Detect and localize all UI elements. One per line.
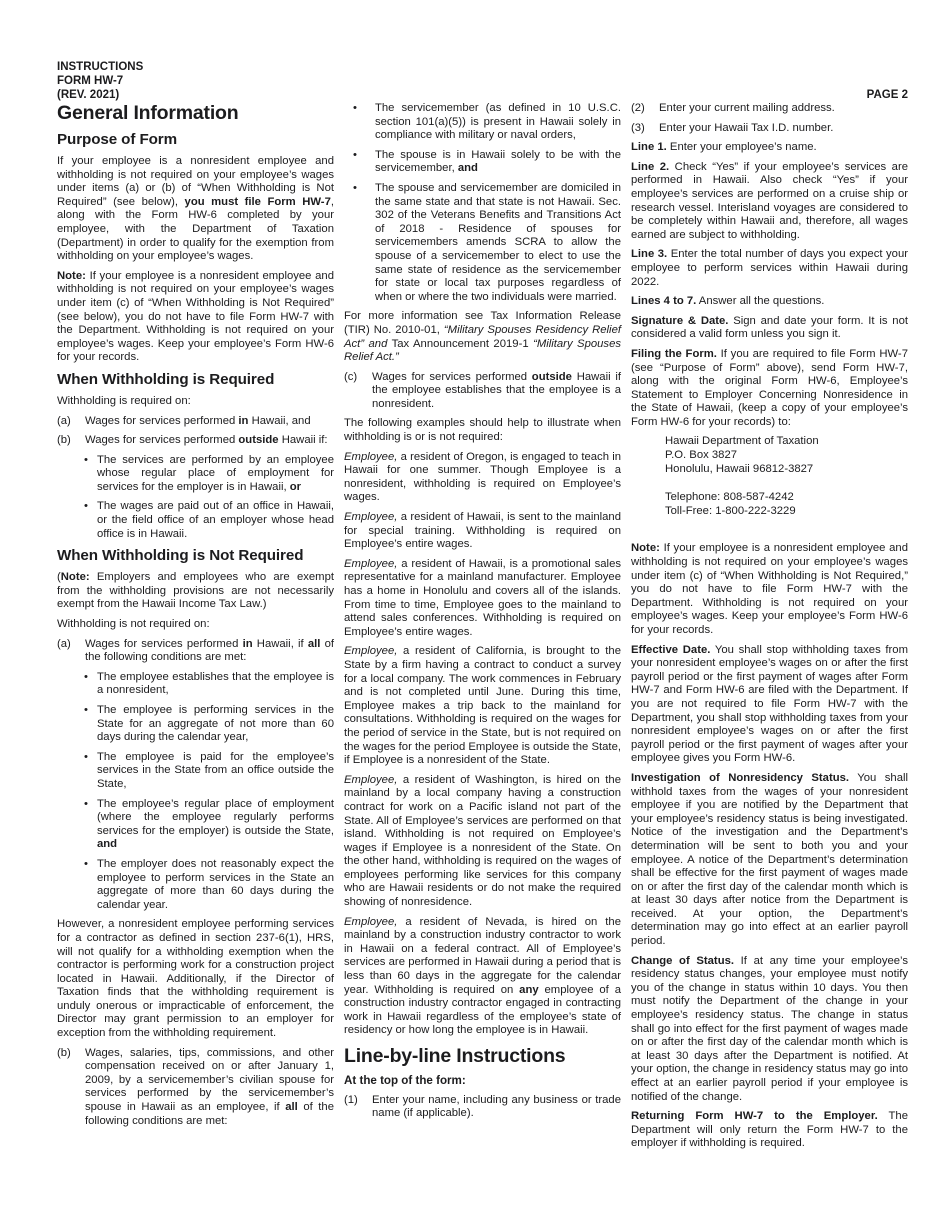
paragraph: Withholding is not required on: <box>57 618 334 632</box>
bullet-item: •The employee is paid for the employee’s… <box>57 751 334 792</box>
paragraph: Line 2. Check “Yes” if your employee’s s… <box>631 161 908 243</box>
bullet-item: •The employee’s regular place of employm… <box>57 798 334 852</box>
list-item: (2)Enter your current mailing address. <box>631 102 908 116</box>
list-label: (b) <box>57 434 71 448</box>
bullet-icon: • <box>353 149 357 163</box>
address-block: Hawaii Department of TaxationP.O. Box 38… <box>631 435 908 476</box>
text-run: Lines 4 to 7. <box>631 295 696 307</box>
text-run: Line 3. <box>631 248 667 260</box>
address-line: Honolulu, Hawaii 96812-3827 <box>665 463 908 477</box>
list-item: (a)Wages for services performed in Hawai… <box>57 415 334 429</box>
paragraph: Employee, a resident of Oregon, is engag… <box>344 451 621 505</box>
list-label: (b) <box>57 1047 71 1061</box>
text-run: Employee, <box>344 558 397 570</box>
header-form-number: FORM HW-7 <box>57 74 908 88</box>
list-item: (b)Wages, salaries, tips, commissions, a… <box>57 1047 334 1129</box>
text-run: any <box>519 984 538 996</box>
column-layout: General InformationPurpose of FormIf you… <box>57 102 908 1157</box>
bullet-item: •The servicemember (as defined in 10 U.S… <box>344 102 621 143</box>
bullet-item: •The services are performed by an employ… <box>57 454 334 495</box>
bullet-icon: • <box>84 798 88 812</box>
page-number: PAGE 2 <box>867 88 908 102</box>
text-run: Investigation of Nonresidency Status. <box>631 772 849 784</box>
column-3: (2)Enter your current mailing address.(3… <box>631 102 908 1157</box>
spacer <box>631 533 908 542</box>
section-title: General Information <box>57 102 334 124</box>
text-run: Note: <box>631 542 660 554</box>
list-item: (a)Wages for services performed in Hawai… <box>57 638 334 665</box>
text-run: and <box>458 162 478 174</box>
paragraph: Returning Form HW-7 to the Employer. The… <box>631 1110 908 1151</box>
paragraph: The following examples should help to il… <box>344 417 621 444</box>
subsection-heading: When Withholding is Required <box>57 371 334 389</box>
text-run: you must file Form HW-7 <box>185 196 331 208</box>
header-revision: (REV. 2021) <box>57 88 908 102</box>
bullet-icon: • <box>84 454 88 468</box>
text-run: Employee, <box>344 916 397 928</box>
bullet-icon: • <box>84 751 88 765</box>
text-run: Filing the Form. <box>631 348 717 360</box>
paragraph: Note: If your employee is a nonresident … <box>631 542 908 637</box>
text-run: Line 2. <box>631 161 669 173</box>
list-item: (c)Wages for services performed outside … <box>344 371 621 412</box>
text-run: Employee, <box>344 774 397 786</box>
paragraph: Investigation of Nonresidency Status. Yo… <box>631 772 908 949</box>
bullet-icon: • <box>353 102 357 116</box>
bullet-icon: • <box>84 671 88 685</box>
bullet-icon: • <box>84 858 88 872</box>
text-run: Note: <box>61 571 90 583</box>
paragraph: Filing the Form. If you are required to … <box>631 348 908 430</box>
paragraph: However, a nonresident employee performi… <box>57 918 334 1040</box>
section-title: Line-by-line Instructions <box>344 1045 621 1067</box>
text-run: in <box>238 415 248 427</box>
text-run: Employee, <box>344 645 397 657</box>
bullet-item: •The employer does not reasonably expect… <box>57 858 334 912</box>
subheading: At the top of the form: <box>344 1074 621 1088</box>
paragraph: Employee, a resident of Washington, is h… <box>344 774 621 910</box>
list-label: (3) <box>631 122 645 136</box>
text-run: Line 1. <box>631 141 667 153</box>
spacer <box>631 524 908 533</box>
bullet-icon: • <box>353 182 357 196</box>
list-item: (b)Wages for services performed outside … <box>57 434 334 448</box>
subsection-heading: Purpose of Form <box>57 131 334 149</box>
paragraph: If your employee is a nonresident employ… <box>57 155 334 264</box>
paragraph: Employee, a resident of Nevada, is hired… <box>344 916 621 1038</box>
text-run: or <box>290 481 301 493</box>
subsection-heading: When Withholding is Not Required <box>57 547 334 565</box>
paragraph: Change of Status. If at any time your em… <box>631 955 908 1105</box>
text-run: all <box>308 638 321 650</box>
list-item: (1)Enter your name, including any busine… <box>344 1094 621 1121</box>
paragraph: Employee, a resident of Hawaii, is sent … <box>344 511 621 552</box>
bullet-icon: • <box>84 500 88 514</box>
address-line: Hawaii Department of Taxation <box>665 435 908 449</box>
page-header: INSTRUCTIONS FORM HW-7 (REV. 2021) PAGE … <box>57 60 908 102</box>
paragraph: Line 3. Enter the total number of days y… <box>631 248 908 289</box>
list-label: (1) <box>344 1094 358 1108</box>
paragraph: For more information see Tax Information… <box>344 310 621 364</box>
list-label: (c) <box>344 371 357 385</box>
bullet-item: •The spouse and servicemember are domici… <box>344 182 621 304</box>
text-run: Employee, <box>344 451 397 463</box>
list-label: (2) <box>631 102 645 116</box>
paragraph: Employee, a resident of California, is b… <box>344 645 621 767</box>
text-run: and <box>97 838 117 850</box>
bullet-item: •The employee is performing services in … <box>57 704 334 745</box>
text-run: outside <box>532 371 572 383</box>
list-label: (a) <box>57 415 71 429</box>
text-run: Signature & Date. <box>631 315 728 327</box>
bullet-icon: • <box>84 704 88 718</box>
spacer <box>631 482 908 491</box>
text-run: in <box>243 638 253 650</box>
text-run: outside <box>238 434 278 446</box>
address-block: Telephone: 808-587-4242Toll-Free: 1-800-… <box>631 491 908 518</box>
paragraph: Employee, a resident of Hawaii, is a pro… <box>344 558 621 640</box>
paragraph: Note: If your employee is a nonresident … <box>57 270 334 365</box>
list-label: (a) <box>57 638 71 652</box>
bullet-item: •The wages are paid out of an office in … <box>57 500 334 541</box>
paragraph: Lines 4 to 7. Answer all the questions. <box>631 295 908 309</box>
address-line: Telephone: 808-587-4242 <box>665 491 908 505</box>
list-item: (3)Enter your Hawaii Tax I.D. number. <box>631 122 908 136</box>
paragraph: Withholding is required on: <box>57 395 334 409</box>
text-run: Note: <box>57 270 86 282</box>
paragraph: Effective Date. You shall stop withholdi… <box>631 644 908 766</box>
text-run: all <box>285 1101 298 1113</box>
address-line: Toll-Free: 1-800-222-3229 <box>665 505 908 519</box>
address-line: P.O. Box 3827 <box>665 449 908 463</box>
text-run: Employee, <box>344 511 397 523</box>
paragraph: (Note: Employers and employees who are e… <box>57 571 334 612</box>
bullet-item: •The spouse is in Hawaii solely to be wi… <box>344 149 621 176</box>
text-run: Returning Form HW-7 to the Employer. <box>631 1110 878 1122</box>
column-2: •The servicemember (as defined in 10 U.S… <box>344 102 621 1127</box>
paragraph: Signature & Date. Sign and date your for… <box>631 315 908 342</box>
column-1: General InformationPurpose of FormIf you… <box>57 102 334 1134</box>
text-run: Change of Status. <box>631 955 734 967</box>
text-run: Effective Date. <box>631 644 710 656</box>
document-page: INSTRUCTIONS FORM HW-7 (REV. 2021) PAGE … <box>0 0 950 1230</box>
header-instructions: INSTRUCTIONS <box>57 60 908 74</box>
paragraph: Line 1. Enter your employee’s name. <box>631 141 908 155</box>
bullet-item: •The employee establishes that the emplo… <box>57 671 334 698</box>
